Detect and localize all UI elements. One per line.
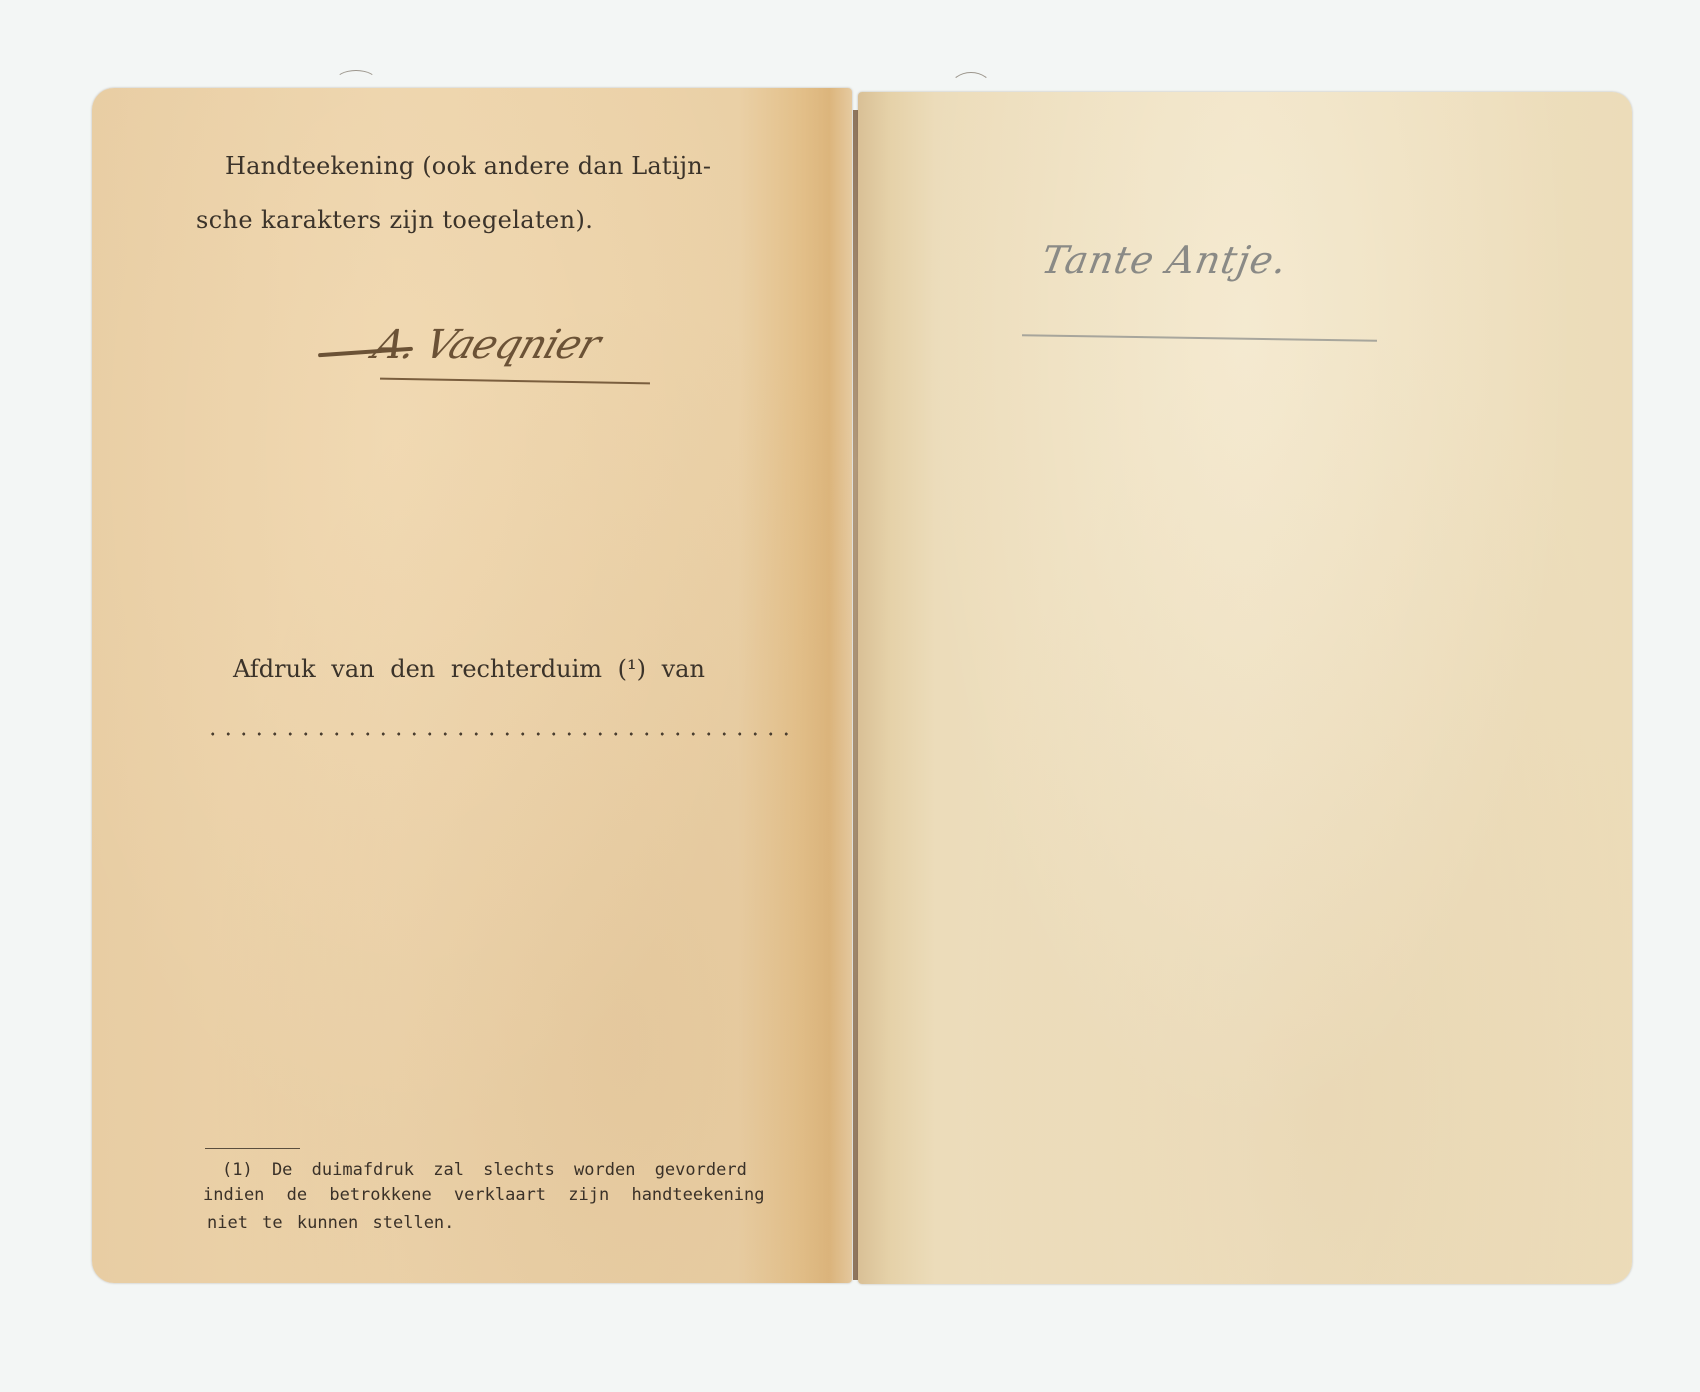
pencil-note: Tante Antje. [1038,238,1291,282]
thumbprint-label: Afdruk van den rechterduim (¹) van [233,655,705,683]
thumbprint-name-dotted-line [205,732,795,736]
handwritten-signature: A. Vaeqnier [368,322,606,368]
footnote-line-1: (1) De duimafdruk zal slechts worden gev… [222,1160,747,1180]
signature-instruction-line-1: Handteekening (ook andere dan Latijn- [225,152,711,180]
signature-instruction-line-2: sche karakters zijn toegelaten). [196,206,593,234]
footnote-line-2: indien de betrokkene verklaart zijn hand… [203,1185,765,1205]
footnote-line-3: niet te kunnen stellen. [207,1213,454,1233]
left-page [92,88,852,1283]
booklet-spine [853,110,858,1280]
footnote-rule [205,1148,300,1149]
